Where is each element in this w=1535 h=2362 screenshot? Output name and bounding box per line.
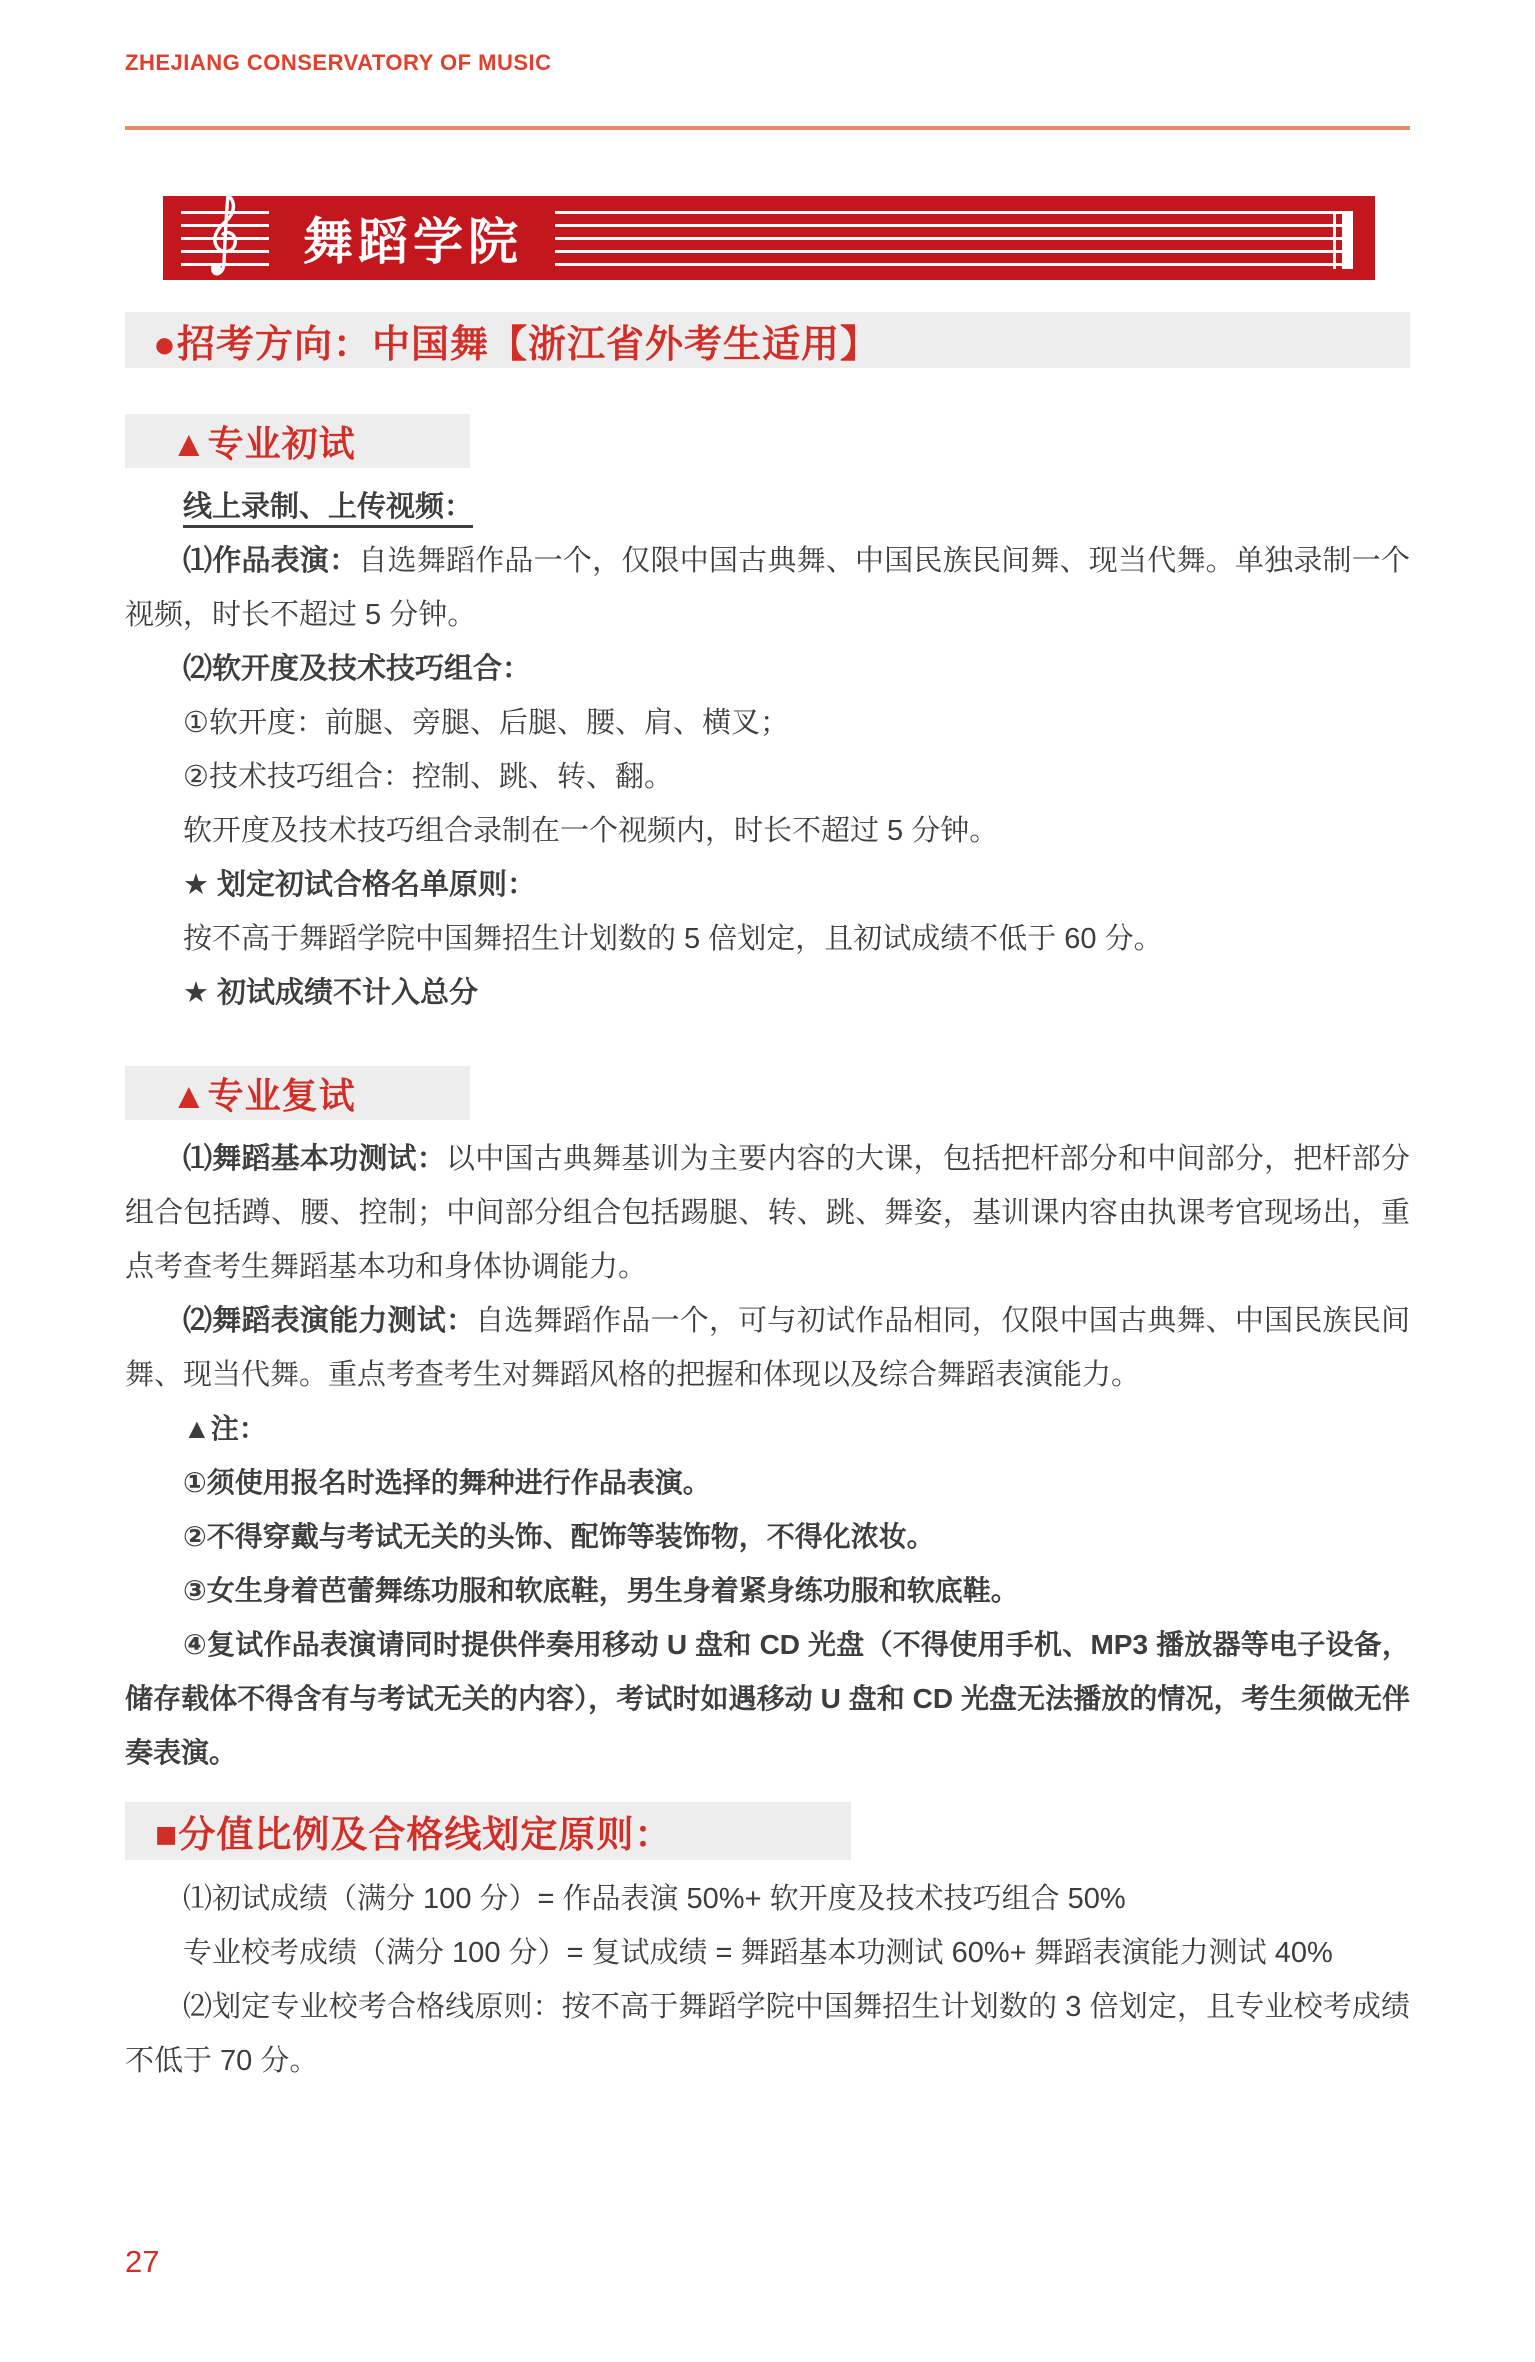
- retest-heading-bar: ▲专业复试: [125, 1066, 470, 1120]
- run-in-label: ▲注：: [183, 1413, 267, 1444]
- department-banner: 舞蹈学院: [163, 196, 1375, 280]
- banner-title: 舞蹈学院: [303, 202, 523, 274]
- text-segment: 按不高于舞蹈学院中国舞招生计划数的 5 倍划定，且初试成绩不低于 60 分。: [183, 923, 1163, 955]
- direction-heading: ●招考方向：中国舞【浙江省外考生适用】: [153, 313, 879, 368]
- score-heading: ■分值比例及合格线划定原则：: [155, 1804, 672, 1858]
- run-in-label: ★ 初试成绩不计入总分: [183, 977, 478, 1009]
- text-line: ▲注：: [125, 1402, 1410, 1456]
- text-line: ⑵舞蹈表演能力测试：自选舞蹈作品一个，可与初试作品相同，仅限中国古典舞、中国民族…: [125, 1294, 1410, 1402]
- text-line: ②技术技巧组合：控制、跳、转、翻。: [125, 750, 1410, 804]
- final-barline-icon: [1333, 211, 1336, 269]
- text-line: ①软开度：前腿、旁腿、后腿、腰、肩、横叉；: [125, 696, 1410, 750]
- header-rule: [125, 126, 1410, 130]
- run-in-label: ⑵软开度及技术技巧组合：: [183, 653, 531, 685]
- first-test-heading: ▲专业初试: [171, 416, 356, 467]
- staff-lines-right: [555, 211, 1353, 266]
- direction-heading-bar: ●招考方向：中国舞【浙江省外考生适用】: [125, 312, 1410, 368]
- first-test-content: 线上录制、上传视频：⑴作品表演：自选舞蹈作品一个，仅限中国古典舞、中国民族民间舞…: [125, 480, 1410, 1020]
- treble-clef-icon: [208, 189, 242, 289]
- text-line: ⑵软开度及技术技巧组合：: [125, 642, 1410, 696]
- run-in-label: ★ 划定初试合格名单原则：: [183, 869, 536, 901]
- text-line: ②不得穿戴与考试无关的头饰、配饰等装饰物，不得化浓妆。: [125, 1510, 1410, 1564]
- run-in-label: ②不得穿戴与考试无关的头饰、配饰等装饰物，不得化浓妆。: [183, 1521, 935, 1552]
- run-in-label: 线上录制、上传视频：: [183, 491, 473, 523]
- text-line: ★ 初试成绩不计入总分: [125, 966, 1410, 1020]
- final-barline-thick: [1342, 211, 1353, 269]
- staff-lines-left: [181, 211, 269, 266]
- text-line: ⑵划定专业校考合格线原则：按不高于舞蹈学院中国舞招生计划数的 3 倍划定，且专业…: [125, 1980, 1410, 2088]
- retest-heading: ▲专业复试: [171, 1068, 356, 1119]
- score-heading-bar: ■分值比例及合格线划定原则：: [125, 1802, 851, 1860]
- run-in-label: ⑴作品表演：: [183, 545, 358, 577]
- score-content: ⑴初试成绩（满分 100 分）= 作品表演 50%+ 软开度及技术技巧组合 50…: [125, 1872, 1410, 2088]
- header-title: ZHEJIANG CONSERVATORY OF MUSIC: [125, 50, 1535, 76]
- run-in-label: ③女生身着芭蕾舞练功服和软底鞋，男生身着紧身练功服和软底鞋。: [183, 1575, 1019, 1606]
- text-line: 按不高于舞蹈学院中国舞招生计划数的 5 倍划定，且初试成绩不低于 60 分。: [125, 912, 1410, 966]
- page-number: 27: [125, 2244, 159, 2280]
- text-line: 线上录制、上传视频：: [125, 480, 1410, 534]
- text-line: ⑴作品表演：自选舞蹈作品一个，仅限中国古典舞、中国民族民间舞、现当代舞。单独录制…: [125, 534, 1410, 642]
- text-line: ①须使用报名时选择的舞种进行作品表演。: [125, 1456, 1410, 1510]
- text-line: ③女生身着芭蕾舞练功服和软底鞋，男生身着紧身练功服和软底鞋。: [125, 1564, 1410, 1618]
- first-test-heading-bar: ▲专业初试: [125, 414, 470, 468]
- text-line: ⑴舞蹈基本功测试：以中国古典舞基训为主要内容的大课，包括把杆部分和中间部分，把杆…: [125, 1132, 1410, 1294]
- text-line: ⑴初试成绩（满分 100 分）= 作品表演 50%+ 软开度及技术技巧组合 50…: [125, 1872, 1410, 1926]
- text-segment: ①软开度：前腿、旁腿、后腿、腰、肩、横叉；: [183, 707, 789, 739]
- text-segment: ⑴初试成绩（满分 100 分）= 作品表演 50%+ 软开度及技术技巧组合 50…: [183, 1883, 1126, 1915]
- run-in-label: ①须使用报名时选择的舞种进行作品表演。: [183, 1467, 711, 1498]
- text-segment: ⑵划定专业校考合格线原则：按不高于舞蹈学院中国舞招生计划数的 3 倍划定，且专业…: [125, 1991, 1410, 2077]
- document-page: ZHEJIANG CONSERVATORY OF MUSIC 舞蹈学院 ●招考方…: [0, 0, 1535, 2362]
- retest-content: ⑴舞蹈基本功测试：以中国古典舞基训为主要内容的大课，包括把杆部分和中间部分，把杆…: [125, 1132, 1410, 1780]
- text-segment: 专业校考成绩（满分 100 分）= 复试成绩 = 舞蹈基本功测试 60%+ 舞蹈…: [183, 1937, 1333, 1969]
- run-in-label: ⑵舞蹈表演能力测试：: [183, 1305, 475, 1337]
- text-line: 软开度及技术技巧组合录制在一个视频内，时长不超过 5 分钟。: [125, 804, 1410, 858]
- run-in-label: ⑴舞蹈基本功测试：: [183, 1143, 446, 1175]
- text-segment: ②技术技巧组合：控制、跳、转、翻。: [183, 761, 673, 793]
- text-line: 专业校考成绩（满分 100 分）= 复试成绩 = 舞蹈基本功测试 60%+ 舞蹈…: [125, 1926, 1410, 1980]
- text-line: ④复试作品表演请同时提供伴奏用移动 U 盘和 CD 光盘（不得使用手机、MP3 …: [125, 1618, 1410, 1780]
- text-segment: 软开度及技术技巧组合录制在一个视频内，时长不超过 5 分钟。: [183, 815, 998, 847]
- run-in-label: ④复试作品表演请同时提供伴奏用移动 U 盘和 CD 光盘（不得使用手机、MP3 …: [125, 1629, 1410, 1768]
- text-line: ★ 划定初试合格名单原则：: [125, 858, 1410, 912]
